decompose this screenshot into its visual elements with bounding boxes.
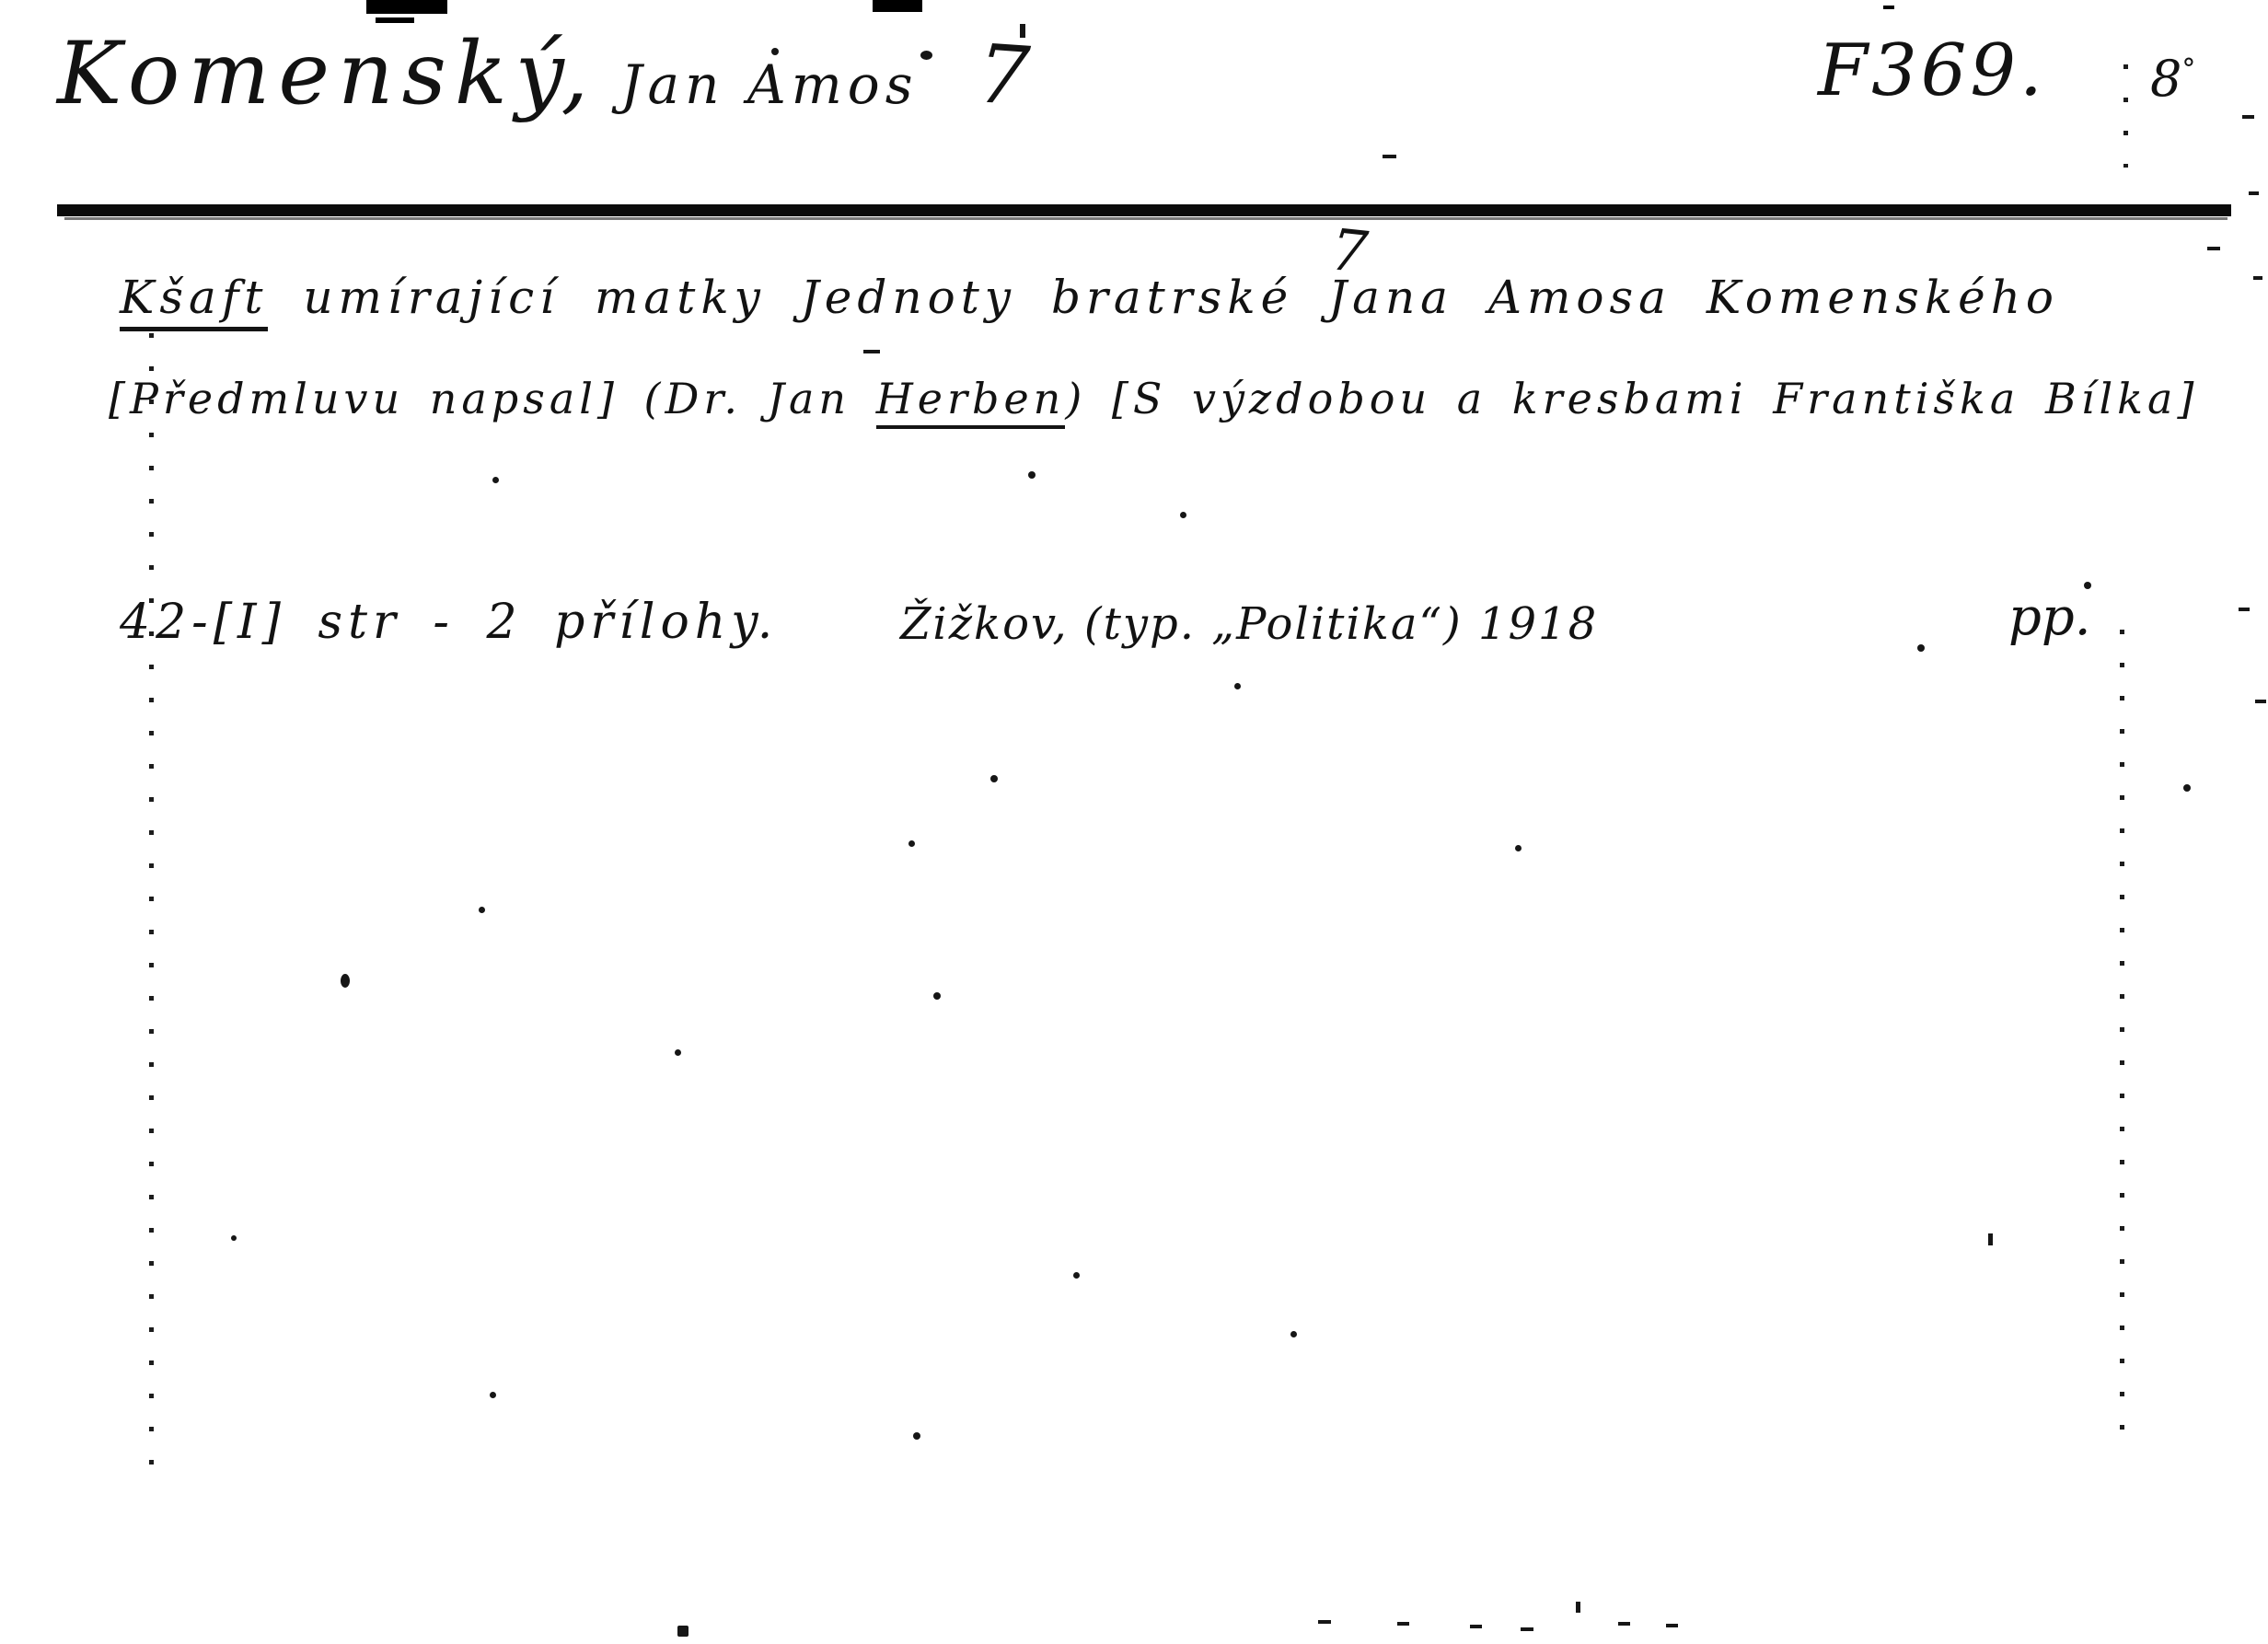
author-surname: Komenský, <box>57 24 596 124</box>
format-designation: 8° <box>2150 50 2195 108</box>
scan-speck <box>2084 582 2091 589</box>
heading-author: Komenský, Jan Amos <box>57 24 919 124</box>
scan-speck <box>1020 24 1025 38</box>
scan-speck <box>2255 700 2266 703</box>
scan-speck <box>677 1626 688 1637</box>
scan-speck <box>920 51 932 60</box>
imprint: Žižkov, (typ. „Politika“) 1918 <box>900 598 1598 650</box>
scan-speck <box>2207 247 2220 250</box>
scan-speck <box>492 477 499 483</box>
scan-speck <box>231 1235 237 1241</box>
scan-speck <box>2253 276 2262 280</box>
scan-edge-blob <box>366 0 447 14</box>
scan-speck <box>2239 608 2250 611</box>
scan-speck <box>1666 1624 1678 1627</box>
catalog-card-scan: Komenský, Jan Amos 7 F369. 8° 7 Kšaft um… <box>0 0 2268 1644</box>
shelfmark: F369. <box>1818 29 2046 112</box>
scan-speck <box>1383 155 1396 158</box>
scan-speck <box>1576 1602 1580 1613</box>
scan-speck <box>1515 845 1522 851</box>
scan-speck <box>1028 471 1036 479</box>
scan-speck <box>1988 1233 1993 1245</box>
shelfmark-dotted-separator <box>2123 64 2128 168</box>
statement-part1: [Předmluvu napsal] (Dr. Jan <box>109 374 876 423</box>
statement-underlined-name: Herben <box>876 374 1066 429</box>
scan-speck <box>675 1049 681 1056</box>
collation-extent: 42-[I] str - 2 přílohy. <box>120 595 778 650</box>
scan-speck <box>1521 1627 1533 1631</box>
title-rest: umírající matky Jednoty bratrské Jana Am… <box>268 271 2059 324</box>
scan-speck <box>490 1392 496 1398</box>
scan-edge-blob <box>873 0 922 12</box>
format-degree-sign: ° <box>2181 53 2195 86</box>
scan-speck <box>1917 644 1925 652</box>
scan-speck <box>1180 512 1186 518</box>
binding-note: pp. <box>2008 587 2091 647</box>
author-forenames: Jan Amos <box>620 53 918 116</box>
scan-speck <box>933 992 941 1000</box>
scan-speck <box>1618 1622 1630 1626</box>
scan-speck <box>990 775 998 782</box>
heading-divider-rule <box>57 204 2231 216</box>
left-margin-dotted-rule <box>149 333 154 1467</box>
right-margin-dotted-rule <box>2120 630 2124 1445</box>
scan-edge-blob <box>376 17 414 23</box>
scan-speck <box>913 1432 920 1440</box>
format-number: 8 <box>2150 50 2181 108</box>
scan-speck <box>1470 1625 1482 1628</box>
scan-speck <box>341 974 350 988</box>
title-line: Kšaft umírající matky Jednoty bratrské J… <box>120 271 2059 324</box>
scan-speck <box>908 840 915 847</box>
scan-speck <box>2242 115 2254 119</box>
heading-check-mark: 7 <box>974 26 1032 124</box>
scan-speck <box>1397 1622 1409 1626</box>
scan-speck <box>479 907 485 913</box>
scan-speck <box>1234 683 1241 689</box>
scan-speck <box>2183 784 2191 792</box>
scan-speck <box>2249 191 2259 195</box>
scan-edge-blob <box>1883 6 1894 9</box>
title-underlined-word: Kšaft <box>120 271 268 331</box>
scan-speck <box>863 350 880 353</box>
scan-speck <box>1073 1272 1080 1279</box>
scan-speck <box>1290 1331 1297 1337</box>
scan-speck <box>771 48 779 55</box>
statement-part2: ) [S výzdobou a kresbami Františka Bílka… <box>1065 374 2198 423</box>
statement-line: [Předmluvu napsal] (Dr. Jan Herben) [S v… <box>109 374 2198 423</box>
scan-speck <box>1318 1620 1331 1624</box>
